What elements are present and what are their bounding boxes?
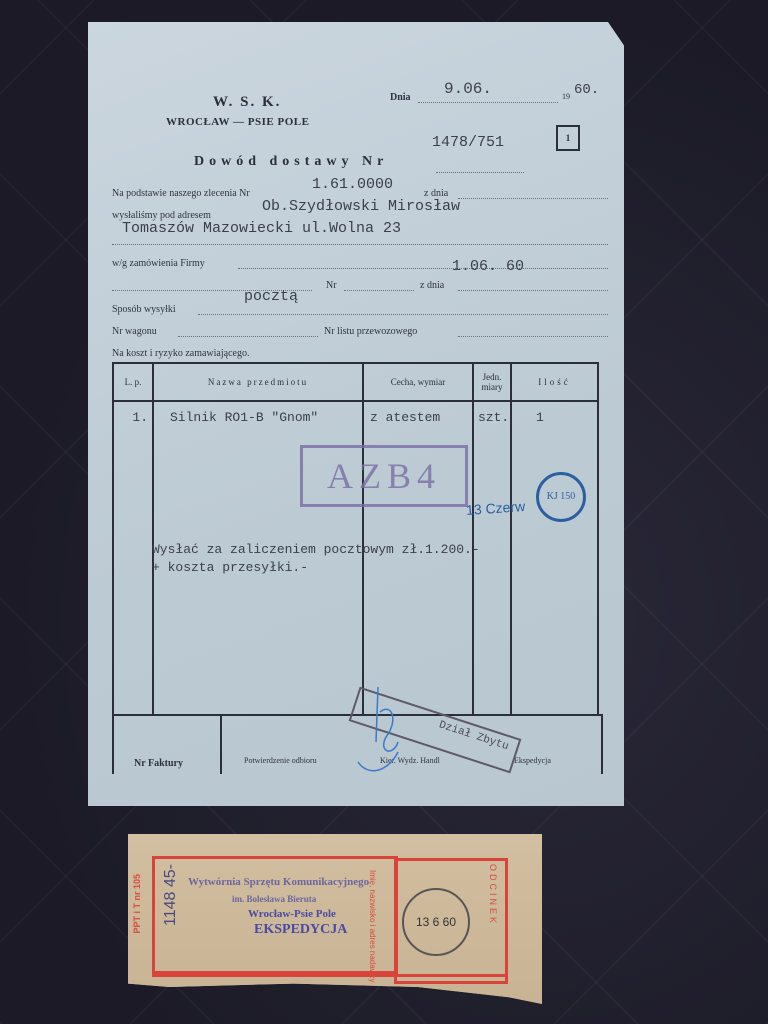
shipping-method: pocztą (244, 288, 298, 305)
z-dnia-label: z dnia (420, 280, 444, 291)
wagon-line (178, 336, 318, 337)
document-title: Dowód dostawy Nr (194, 154, 388, 170)
order-number: 1.61.0000 (312, 176, 393, 193)
ticket-handwritten-number: 1148 45- (162, 864, 180, 926)
ticket-sender-line-4: EKSPEDYCJA (254, 922, 347, 938)
address-line-2: Tomaszów Mazowiecki ul.Wolna 23 (122, 220, 401, 237)
shipping-ticket: PPT i T nr 105 ODCINEK 1148 45- Wytwórni… (128, 834, 542, 1004)
firm-order-label: w/g zamówienia Firmy (112, 258, 205, 269)
wagon-label: Nr wagonu (112, 326, 157, 337)
shipping-method-label: Sposób wysyłki (112, 304, 176, 315)
year-value: 60. (574, 82, 599, 98)
payment-note-line-1: Wysłać za zaliczeniem pocztowym zł.1.200… (152, 542, 480, 557)
ticket-sender-note: Imię, nazwisko i adres nadawcy (368, 870, 377, 983)
ticket-sender-line-2: im. Bolesława Bieruta (232, 894, 316, 904)
dispatch-label: Ekspedycja (514, 756, 551, 765)
receipt-label: Potwierdzenie odbioru (244, 756, 317, 765)
risk-note: Na koszt i ryzyko zamawiającego. (112, 348, 249, 359)
order-date-line (458, 198, 608, 199)
header-lp: L. p. (113, 363, 153, 401)
ticket-sender-line-3: Wrocław-Psie Pole (248, 908, 336, 920)
copy-number-box: 1 (556, 125, 580, 151)
header-unit: Jedn. miary (473, 363, 511, 401)
row-unit: szt. (473, 401, 511, 715)
signature-scribble (338, 682, 428, 782)
z-dnia-line (458, 290, 608, 291)
firm-order-date: 1.06. 60 (452, 258, 524, 275)
ticket-bottom-line (152, 974, 508, 977)
ticket-side-label: ODCINEK (488, 864, 498, 926)
waybill-line (458, 336, 608, 337)
header-qty: Ilość (511, 363, 598, 401)
company-name: W. S. K. (213, 94, 281, 111)
number-line (436, 172, 524, 173)
ticket-side-code: PPT i T nr 105 (132, 874, 142, 934)
ticket-postmark: 13 6 60 (402, 888, 470, 956)
address-line (112, 244, 608, 245)
nr-line (344, 290, 414, 291)
date-label: Dnia (390, 92, 411, 103)
date-line (418, 102, 558, 103)
table-header-row: L. p. Nazwa przedmiotu Cecha, wymiar Jed… (113, 363, 598, 401)
date-value: 9.06. (444, 80, 492, 98)
delivery-note-document: W. S. K. WROCŁAW — PSIE POLE Dnia 9.06. … (88, 22, 624, 806)
ticket-sender-line-1: Wytwórnia Sprzętu Komunikacyjnego (188, 876, 369, 888)
address-line-1: Ob.Szydłowski Mirosław (262, 198, 460, 215)
delivery-number: 1478/751 (432, 134, 504, 151)
header-name: Nazwa przedmiotu (153, 363, 363, 401)
order-label: Na podstawie naszego zlecenia Nr (112, 188, 250, 199)
header-feature: Cecha, wymiar (363, 363, 473, 401)
firm-order-line (238, 268, 608, 269)
row-qty: 1 (511, 401, 598, 715)
company-location: WROCŁAW — PSIE POLE (166, 116, 309, 128)
azb-stamp: AZB4 (300, 445, 468, 507)
row-lp: 1. (113, 401, 153, 715)
payment-note-line-2: + koszta przesyłki.- (152, 560, 308, 575)
shipping-line (198, 314, 608, 315)
footer-divider (220, 716, 222, 774)
circle-stamp: KJ 150 (536, 472, 586, 522)
invoice-label: Nr Faktury (134, 758, 183, 769)
waybill-label: Nr listu przewozowego (324, 326, 417, 337)
nr-label: Nr (326, 280, 337, 291)
items-table: L. p. Nazwa przedmiotu Cecha, wymiar Jed… (112, 362, 599, 716)
year-prefix: 19 (562, 92, 570, 101)
